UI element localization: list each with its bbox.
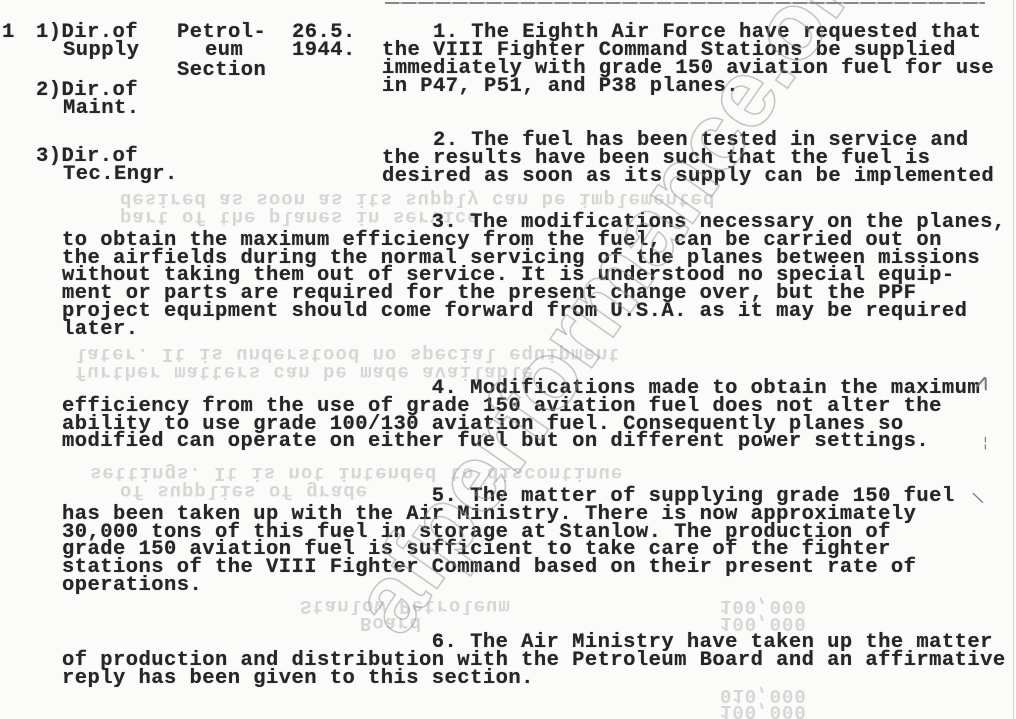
pencil-stroke-mark: \ [971, 488, 985, 507]
top-rule [385, 2, 985, 4]
paragraph-line: reply has been given to this section. [62, 670, 534, 688]
pencil-check-mark: ʌ [973, 369, 994, 397]
paragraph-line: operations. [62, 577, 202, 595]
from-line: eum [205, 42, 243, 60]
bleed-through-text: 100,000 [720, 700, 807, 719]
row-number: 1 [2, 24, 15, 42]
recipient-3-dept: Tec.Engr. [63, 166, 178, 184]
pencil-tick-mark: ¦ [983, 435, 988, 451]
from-line: Section [177, 62, 266, 80]
document-page: desired as soon as its supply can be imp… [0, 0, 1016, 719]
recipient-2-dept: Maint. [63, 100, 140, 118]
date-year: 1944. [292, 42, 356, 60]
paragraph-line: later. [62, 321, 139, 339]
recipient-1-dept: Supply [63, 42, 140, 60]
page-edge [1013, 0, 1014, 719]
paragraph-line: project equipment should come forward fr… [62, 303, 967, 321]
